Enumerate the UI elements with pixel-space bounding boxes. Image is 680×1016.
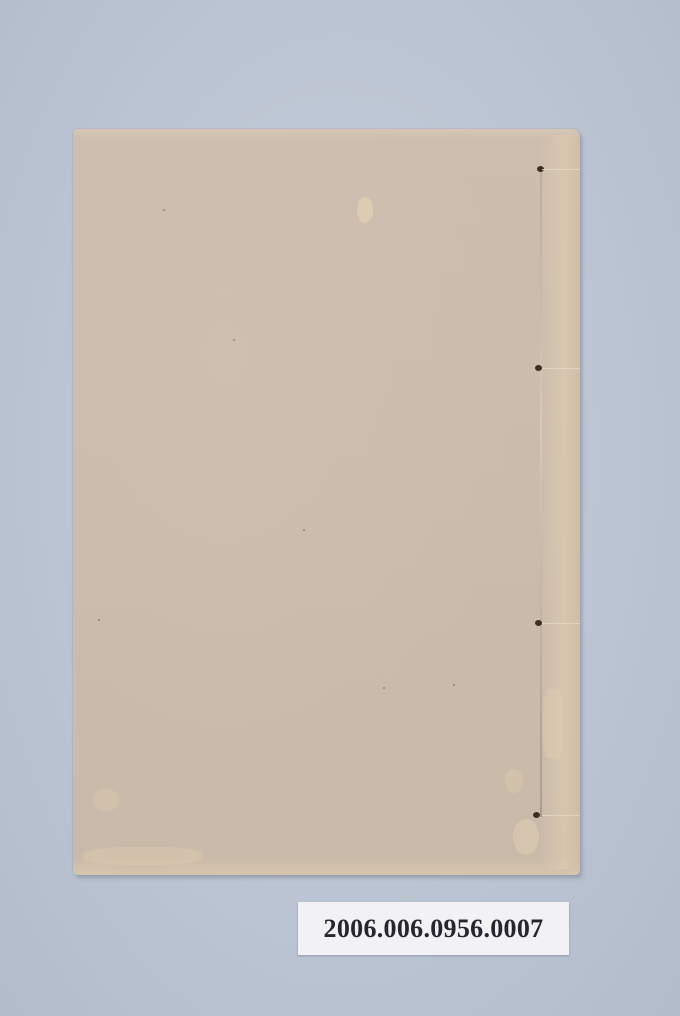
catalog-number-label: 2006.006.0956.0007 — [298, 902, 569, 955]
paper-stain — [93, 789, 119, 811]
paper-stain — [83, 847, 203, 865]
paper-speck — [163, 209, 165, 211]
stitch-thread-wrap — [542, 623, 580, 624]
stitch-hole — [533, 812, 540, 818]
paper-speck — [453, 684, 455, 686]
paper-stain — [505, 769, 523, 793]
cover-top-edge — [73, 129, 580, 139]
binding-spine-strip — [540, 135, 580, 869]
paper-stain — [543, 689, 563, 759]
stitch-thread-wrap — [542, 815, 580, 816]
stitch-thread-wrap — [542, 368, 580, 369]
paper-speck — [303, 529, 305, 531]
catalog-number-text: 2006.006.0956.0007 — [324, 914, 544, 944]
stitch-thread-wrap — [542, 169, 580, 170]
book-cover — [73, 129, 580, 875]
paper-speck — [233, 339, 235, 341]
stitch-hole — [535, 620, 542, 626]
paper-speck — [98, 619, 100, 621]
paper-stain — [357, 197, 373, 223]
stitch-hole — [535, 365, 542, 371]
paper-stain — [513, 819, 539, 855]
binding-thread — [540, 167, 542, 817]
paper-speck — [383, 687, 385, 689]
